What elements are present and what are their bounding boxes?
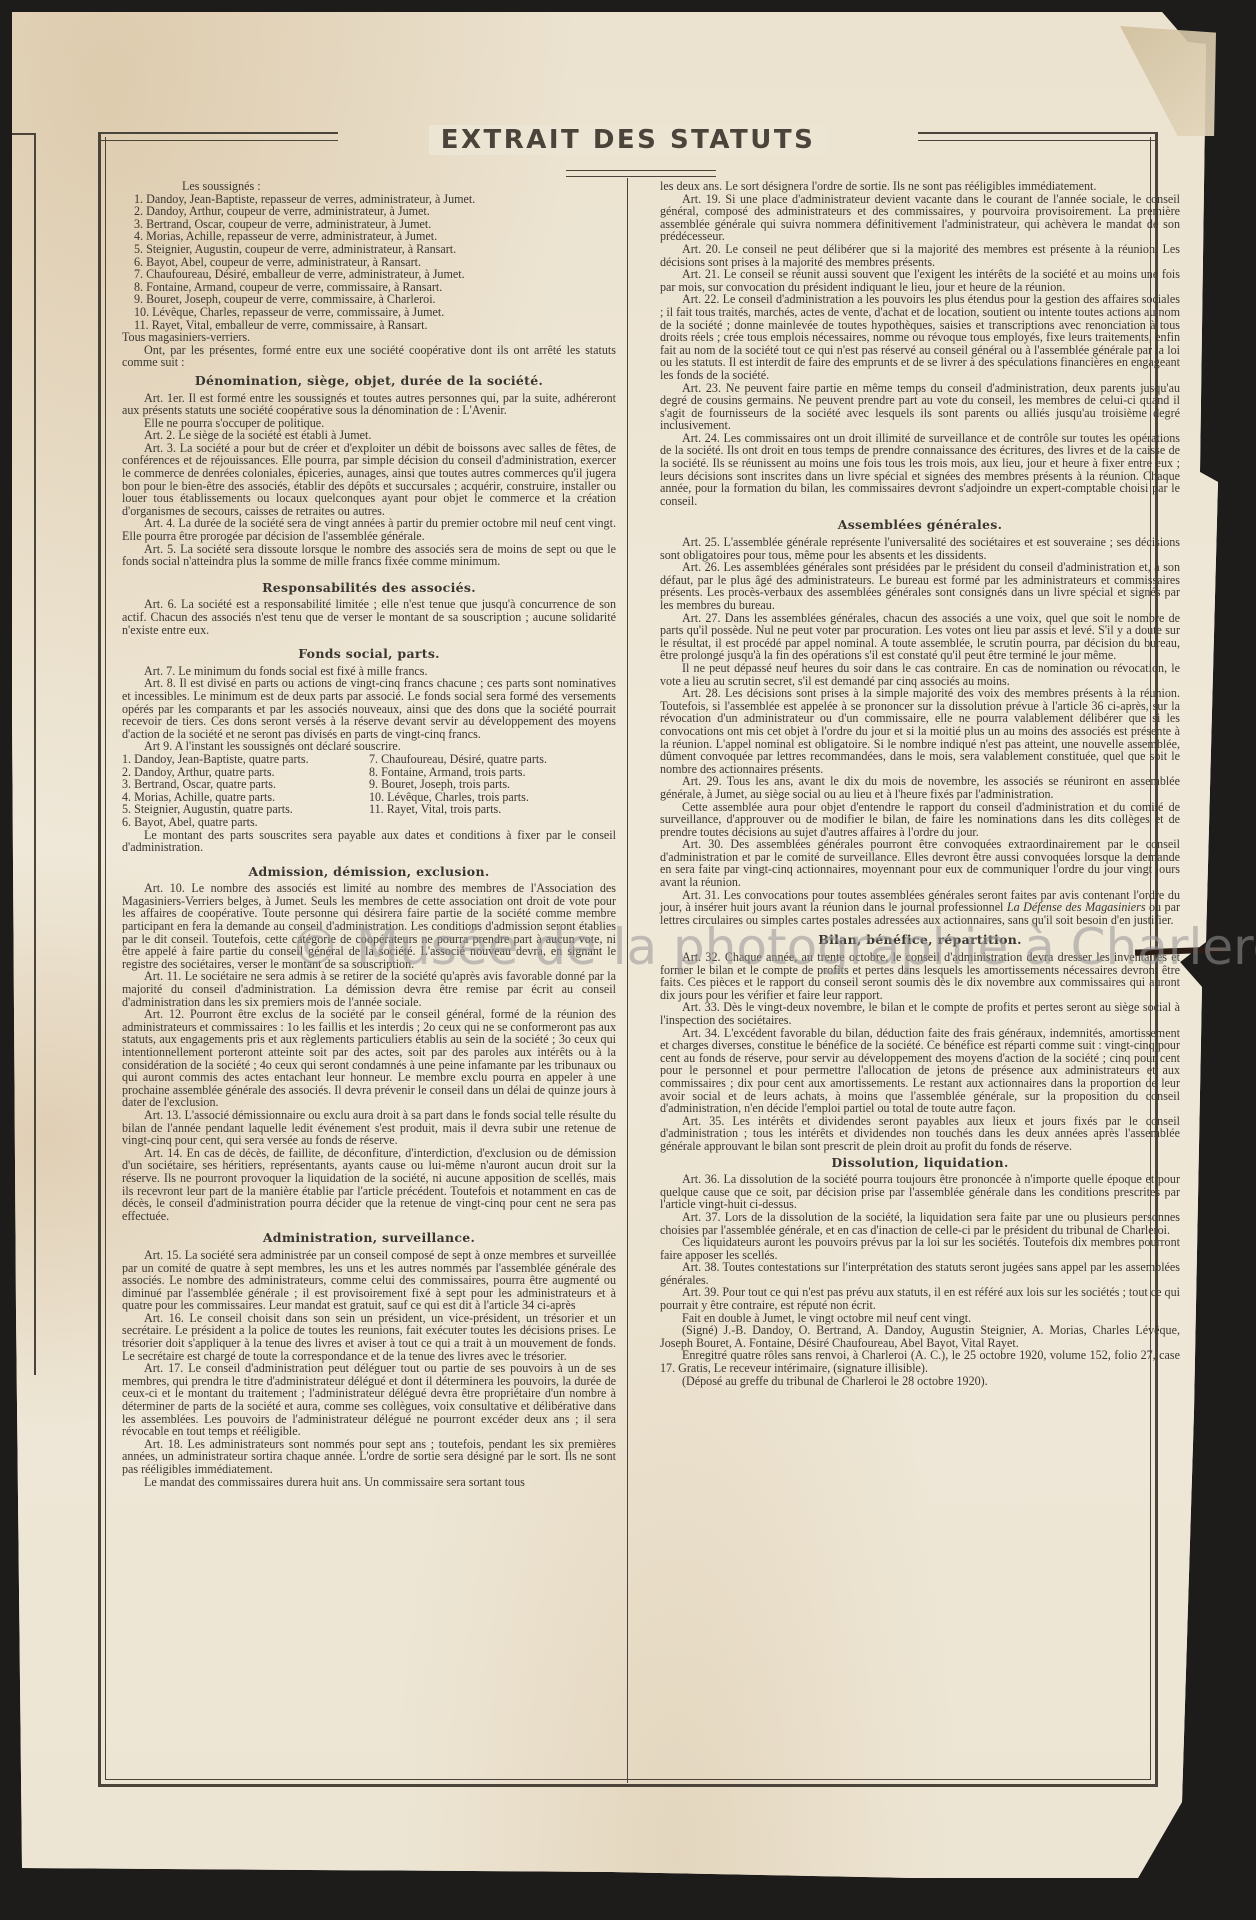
article-16: Art. 16. Le conseil choisit dans son sei… [122, 1312, 616, 1362]
page-title: EXTRAIT DES STATUTS [429, 125, 828, 155]
article-30: Art. 30. Des assemblées générales pourro… [660, 838, 1180, 888]
article-15: Art. 15. La société sera administrée par… [122, 1249, 616, 1312]
article-6: Art. 6. La société est a responsabilité … [122, 598, 616, 636]
right-column: les deux ans. Le sort désignera l'ordre … [660, 180, 1180, 1387]
section-heading-administration: Administration, surveillance. [122, 1232, 616, 1245]
subscription-row: 9. Bouret, Joseph, trois parts. [369, 778, 616, 791]
subscription-row: 3. Bertrand, Oscar, quatre parts. [122, 778, 369, 791]
article-34: Art. 34. L'excédent favorable du bilan, … [660, 1027, 1180, 1115]
article-3: Art. 3. La société a pour but de créer e… [122, 442, 616, 518]
article-18-continued: les deux ans. Le sort désignera l'ordre … [660, 180, 1180, 193]
section-heading-bilan: Bilan, bénéfice, répartition. [660, 934, 1180, 947]
article-18-commissaires: Le mandat des commissaires durera huit a… [122, 1476, 616, 1489]
article-23: Art. 23. Ne peuvent faire partie en même… [660, 382, 1180, 432]
article-5: Art. 5. La société sera dissoute lorsque… [122, 543, 616, 568]
deposit-note: (Déposé au greffe du tribunal de Charler… [660, 1375, 1180, 1388]
title-banner: EXTRAIT DES STATUTS [98, 125, 1158, 155]
article-38: Art. 38. Toutes contestations sur l'inte… [660, 1261, 1180, 1286]
article-19: Art. 19. Si une place d'administrateur d… [660, 193, 1180, 243]
article-36: Art. 36. La dissolution de la société po… [660, 1173, 1180, 1211]
subscription-row: 1. Dandoy, Jean-Baptiste, quatre parts. [122, 753, 369, 766]
section-heading-admission: Admission, démission, exclusion. [122, 866, 616, 879]
article-22: Art. 22. Le conseil d'administration a l… [660, 293, 1180, 381]
section-heading-dissolution: Dissolution, liquidation. [660, 1157, 1180, 1170]
article-32: Art. 32. Chaque année, au trente octobre… [660, 951, 1180, 1001]
article-29: Art. 29. Tous les ans, avant le dix du m… [660, 775, 1180, 800]
subscription-row: 11. Rayet, Vital, trois parts. [369, 803, 616, 816]
article-35: Art. 35. Les intérêts et dividendes sero… [660, 1115, 1180, 1153]
article-17: Art. 17. Le conseil d'administration peu… [122, 1362, 616, 1438]
article-27-continued: Il ne peut dépassé neuf heures du soir d… [660, 662, 1180, 687]
registration-note: Enregitré quatre rôles sans renvoi, à Ch… [660, 1349, 1180, 1374]
intro-all: Tous magasiniers-verriers. [122, 331, 616, 344]
article-11: Art. 11. Le sociétaire ne sera admis à s… [122, 970, 616, 1008]
article-25: Art. 25. L'assemblée générale représente… [660, 536, 1180, 561]
adjacent-page-frame [12, 133, 36, 1375]
left-column: Les soussignés : 1. Dandoy, Jean-Baptist… [122, 180, 616, 1488]
article-10: Art. 10. Le nombre des associés est limi… [122, 882, 616, 970]
article-14: Art. 14. En cas de décès, de faillite, d… [122, 1147, 616, 1223]
section-heading-responsabilites: Responsabilités des associés. [122, 582, 616, 595]
article-9-payment: Le montant des parts souscrites sera pay… [122, 829, 616, 854]
article-31: Art. 31. Les convocations pour toutes as… [660, 889, 1180, 927]
section-heading-assemblees: Assemblées générales. [660, 519, 1180, 532]
column-divider [627, 178, 628, 1783]
founders-list: 1. Dandoy, Jean-Baptiste, repasseur de v… [122, 193, 616, 332]
title-underline [566, 170, 716, 177]
subscription-row: 6. Bayot, Abel, quatre parts. [122, 816, 369, 829]
article-27: Art. 27. Dans les assemblées générales, … [660, 612, 1180, 662]
subscriptions-left: 1. Dandoy, Jean-Baptiste, quatre parts. … [122, 753, 369, 829]
article-18: Art. 18. Les administrateurs sont nommés… [122, 1438, 616, 1476]
signatures: (Signé) J.-B. Dandoy, O. Bertrand, A. Da… [660, 1324, 1180, 1349]
section-heading-fonds-social: Fonds social, parts. [122, 648, 616, 661]
article-13: Art. 13. L'associé démissionnaire ou exc… [122, 1109, 616, 1147]
article-12: Art. 12. Pourront être exclus de la soci… [122, 1008, 616, 1109]
article-37: Art. 37. Lors de la dissolution de la so… [660, 1211, 1180, 1236]
section-heading-denomination: Dénomination, siège, objet, durée de la … [122, 375, 616, 388]
article-39: Art. 39. Pour tout ce qui n'est pas prév… [660, 1286, 1180, 1311]
article-28: Art. 28. Les décisions sont prises à la … [660, 687, 1180, 775]
subscription-row: 7. Chaufoureau, Désiré, quatre parts. [369, 753, 616, 766]
article-29-continued: Cette assemblée aura pour objet d'entend… [660, 801, 1180, 839]
article-21: Art. 21. Le conseil se réunit aussi souv… [660, 268, 1180, 293]
article-4: Art. 4. La durée de la société sera de v… [122, 517, 616, 542]
article-33: Art. 33. Dès le vingt-deux novembre, le … [660, 1001, 1180, 1026]
article-20: Art. 20. Le conseil ne peut délibérer qu… [660, 243, 1180, 268]
article-24: Art. 24. Les commissaires ont un droit i… [660, 432, 1180, 508]
article-2: Art. 2. Le siège de la société est établ… [122, 429, 616, 442]
intro-formed: Ont, par les présentes, formé entre eux … [122, 344, 616, 369]
article-37-continued: Ces liquidateurs auront les pouvoirs pré… [660, 1236, 1180, 1261]
article-8: Art. 8. Il est divisé en parts ou action… [122, 677, 616, 740]
subscriptions-table: 1. Dandoy, Jean-Baptiste, quatre parts. … [122, 753, 616, 829]
article-26: Art. 26. Les assemblées générales sont p… [660, 561, 1180, 611]
article-1: Art. 1er. Il est formé entre les soussig… [122, 392, 616, 417]
subscriptions-right: 7. Chaufoureau, Désiré, quatre parts. 8.… [369, 753, 616, 829]
